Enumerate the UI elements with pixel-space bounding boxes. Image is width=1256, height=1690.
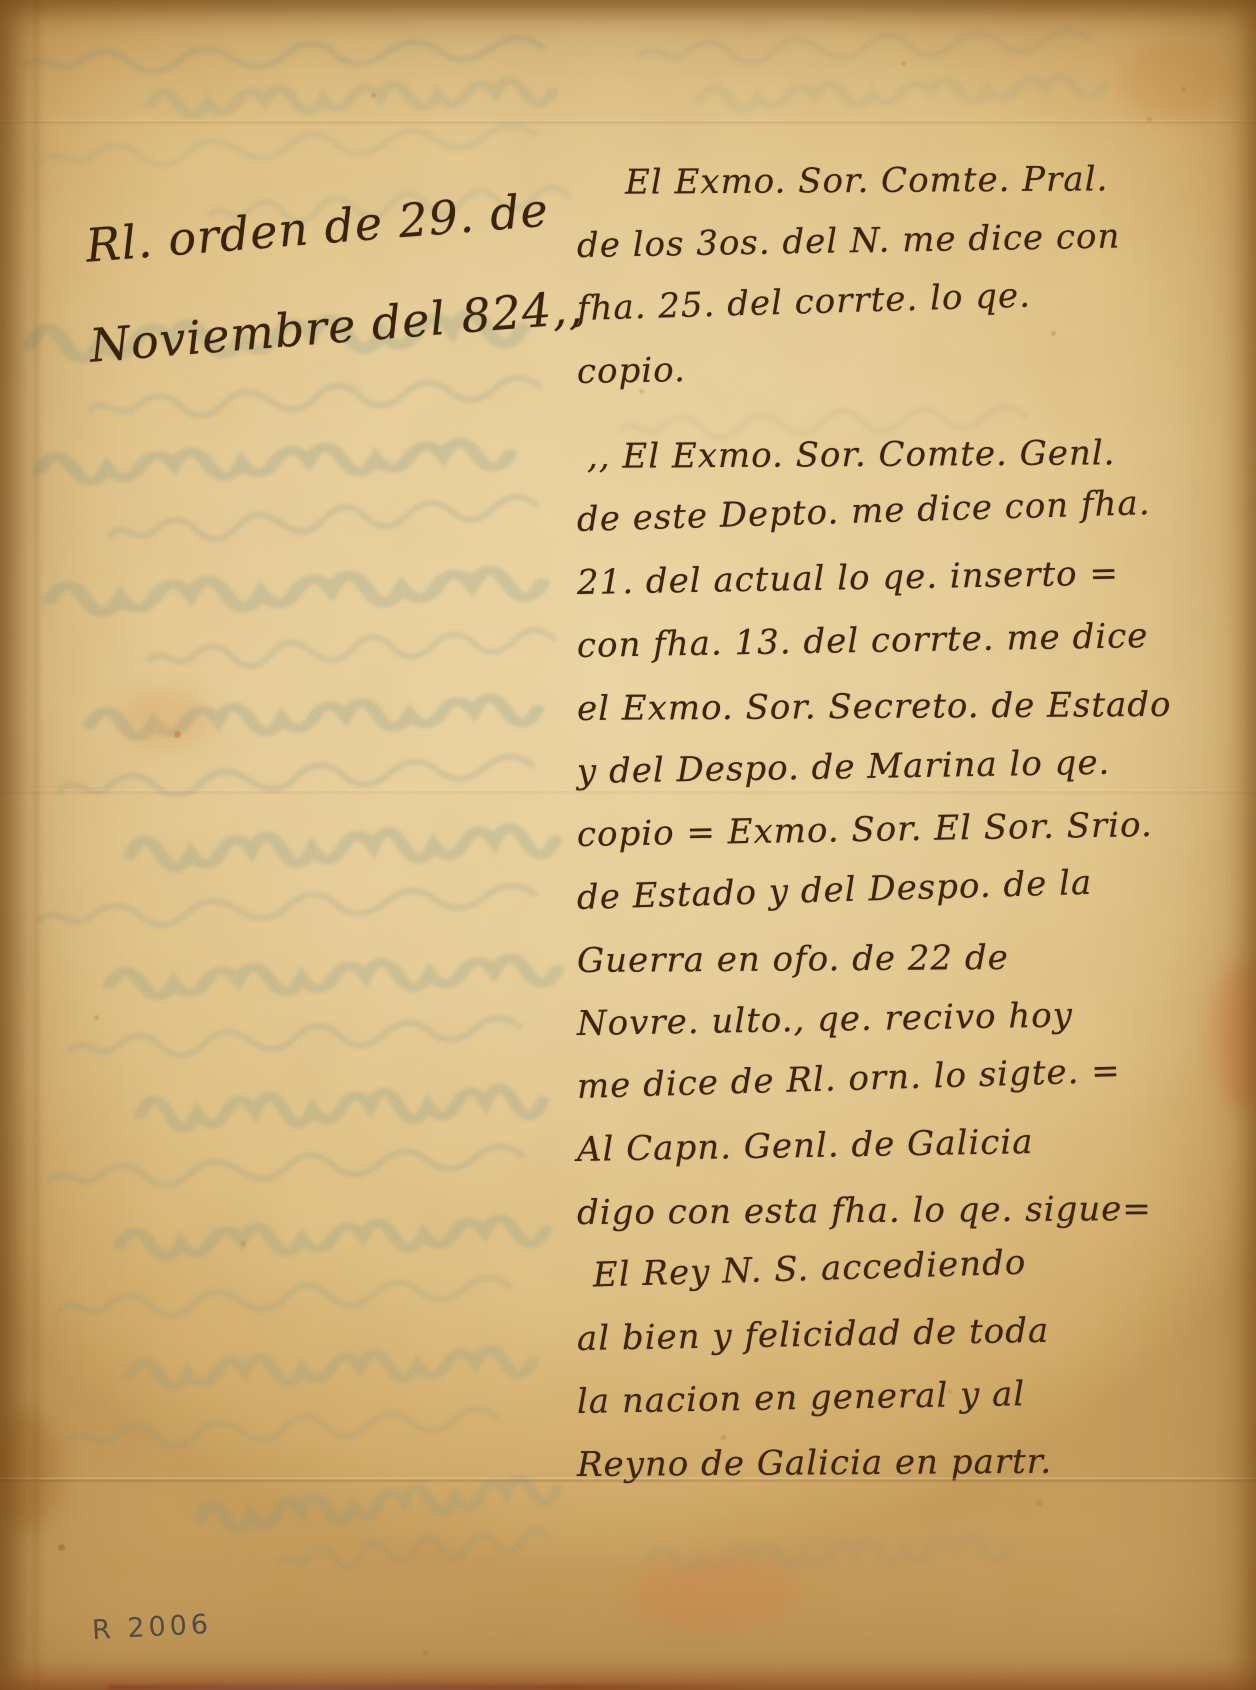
letter-body: El Exmo. Sor. Comte. Pral. de los 3os. d… <box>577 152 1177 1497</box>
manuscript-line: Reyno de Galicia en partr. <box>577 1430 1177 1497</box>
manuscript-line: con fha. 13. del corrte. me dice <box>576 605 1177 678</box>
fold-crease <box>0 1478 1256 1482</box>
stain-blotch <box>120 690 210 750</box>
manuscript-line: al bien y felicidad de toda <box>576 1298 1177 1371</box>
manuscript-line: Al Capn. Genl. de Galicia <box>576 1109 1177 1182</box>
manuscript-line: 21. del actual lo qe. inserto = <box>576 542 1177 615</box>
manuscript-line: El Exmo. Sor. Comte. Pral. <box>577 148 1177 215</box>
manuscript-line: Guerra en ofo. de 22 de <box>577 926 1177 993</box>
manuscript-line: la nacion en general y al <box>576 1361 1177 1434</box>
scan-edge-artifact <box>108 1685 768 1690</box>
archive-mark: R 2006 <box>91 1609 213 1646</box>
margin-heading: Rl. orden de 29. de Noviembre del 824,, <box>82 155 616 395</box>
stain-blotch <box>1120 40 1230 120</box>
stain-blotch <box>0 1410 60 1530</box>
manuscript-page: Rl. orden de 29. de Noviembre del 824,, … <box>0 0 1256 1690</box>
stain-blotch <box>1214 960 1256 1110</box>
fold-crease <box>0 120 1256 124</box>
manuscript-line: copio. <box>576 331 1177 404</box>
manuscript-line: el Exmo. Sor. Secreto. de Estado <box>577 674 1177 741</box>
fold-crease <box>0 790 1256 794</box>
left-fold-shadow <box>34 0 42 1690</box>
rust-speckles <box>0 0 3 3</box>
stain-blotch <box>630 1560 800 1630</box>
